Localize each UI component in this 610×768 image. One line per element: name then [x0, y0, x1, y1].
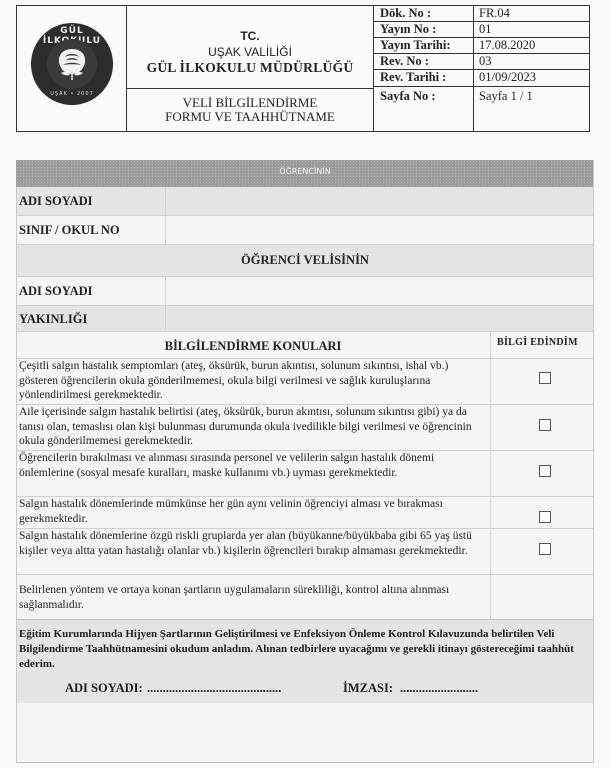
info-value: Sayfa 1 / 1 — [479, 89, 533, 104]
check-column-divider — [490, 332, 491, 619]
info-row-revision-no: Rev. No : 03 — [374, 54, 589, 70]
info-label: Rev. No : — [380, 54, 429, 69]
document-info-table: Dök. No : FR.04 Yayın No : 01 Yayın Tari… — [374, 6, 589, 131]
info-row-doc-no: Dök. No : FR.04 — [374, 6, 589, 22]
info-row-page-no: Sayfa No : Sayfa 1 / 1 — [374, 87, 589, 131]
topic-checkbox[interactable] — [539, 465, 551, 477]
school-logo: GÜL İLKOKULU UŞAK • 2007 — [31, 23, 113, 105]
student-section-header: ÖĞRENCİNİN — [16, 160, 594, 187]
rose-emblem-icon — [53, 45, 91, 81]
topic-row: Çeşitli salgın hastalık semptomları (ate… — [16, 359, 594, 404]
signature-name-blank[interactable]: ........................................… — [147, 681, 281, 696]
info-value: 01 — [479, 22, 492, 37]
signature-sign-blank[interactable]: ......................... — [400, 681, 478, 696]
parent-section-header: ÖĞRENCİ VELİSİNİN — [16, 245, 594, 276]
info-value: 01/09/2023 — [479, 70, 536, 85]
parent-section-title: ÖĞRENCİ VELİSİNİN — [16, 253, 594, 268]
title-line-tc: TC. — [127, 29, 373, 43]
topic-text: Öğrencilerin bırakılması ve alınması sır… — [19, 451, 484, 480]
student-section-title: ÖĞRENCİNİN — [16, 167, 594, 176]
topic-checkbox[interactable] — [539, 543, 551, 555]
info-value: FR.04 — [479, 6, 510, 21]
topic-checkbox[interactable] — [539, 419, 551, 431]
topic-text: Belirlenen yöntem ve ortaya konan şartla… — [19, 583, 484, 612]
topic-row: Öğrencilerin bırakılması ve alınması sır… — [16, 451, 594, 496]
footer-blank-area — [16, 703, 594, 763]
document-header: GÜL İLKOKULU UŞAK • 2007 TC. UŞAK VALİLİ… — [16, 5, 590, 132]
info-value: 17.08.2020 — [479, 38, 535, 53]
form-title-cell: VELİ BİLGİLENDİRME FORMU VE TAAHHÜTNAME — [127, 89, 374, 131]
declaration-section: Eğitim Kurumlarında Hijyen Şartlarının G… — [16, 620, 594, 703]
topic-row: Salgın hastalık dönemlerinde mümkünse he… — [16, 497, 594, 528]
topic-checkbox[interactable] — [539, 511, 551, 523]
logo-cell: GÜL İLKOKULU UŞAK • 2007 — [17, 6, 127, 131]
logo-ring-bottom-text: UŞAK • 2007 — [31, 91, 113, 97]
table-left-border — [16, 187, 17, 763]
info-row-revision-date: Rev. Tarihi : 01/09/2023 — [374, 70, 589, 87]
topic-text: Salgın hastalık dönemlerine özgü riskli … — [19, 529, 484, 558]
info-row-publication-no: Yayın No : 01 — [374, 22, 589, 38]
student-class-row: SINIF / OKUL NO — [16, 216, 594, 244]
topic-row: Belirlenen yöntem ve ortaya konan şartla… — [16, 575, 594, 619]
student-name-field[interactable] — [166, 187, 594, 215]
topic-checkbox[interactable] — [539, 372, 551, 384]
form-title-line1: VELİ BİLGİLENDİRME — [127, 96, 373, 110]
signature-name-label: ADI SOYADI: — [65, 681, 143, 696]
info-label: Sayfa No : — [380, 89, 436, 104]
title-line-governorship: UŞAK VALİLİĞİ — [127, 45, 373, 59]
check-column-header: BİLGİ EDİNDİM — [497, 337, 578, 348]
document-page: GÜL İLKOKULU UŞAK • 2007 TC. UŞAK VALİLİ… — [0, 0, 610, 768]
table-right-border — [593, 160, 594, 763]
info-label: Yayın Tarihi: — [380, 38, 451, 53]
parent-name-label: ADI SOYADI — [19, 284, 93, 299]
topic-text: Aile içerisinde salgın hastalık belirtis… — [19, 405, 484, 449]
info-label: Rev. Tarihi : — [380, 70, 446, 85]
declaration-text: Eğitim Kurumlarında Hijyen Şartlarının G… — [19, 627, 589, 672]
parent-relation-field[interactable] — [166, 306, 594, 331]
institution-title-cell: TC. UŞAK VALİLİĞİ GÜL İLKOKULU MÜDÜRLÜĞÜ — [127, 6, 374, 89]
topic-row: Aile içerisinde salgın hastalık belirtis… — [16, 405, 594, 450]
signature-sign-label: İMZASI: — [343, 681, 393, 696]
label-column-divider — [165, 277, 166, 331]
parent-name-field[interactable] — [166, 277, 594, 305]
student-name-row: ADI SOYADI — [16, 187, 594, 215]
topics-header-row: BİLGİLENDİRME KONULARI BİLGİ EDİNDİM — [16, 332, 594, 358]
info-label: Yayın No : — [380, 22, 436, 37]
topic-row: Salgın hastalık dönemlerine özgü riskli … — [16, 529, 594, 574]
info-label: Dök. No : — [380, 6, 431, 21]
topics-section-title: BİLGİLENDİRME KONULARI — [16, 339, 490, 354]
label-column-divider — [165, 187, 166, 245]
parent-relation-label: YAKINLIĞI — [19, 312, 87, 327]
topic-text: Çeşitli salgın hastalık semptomları (ate… — [19, 359, 484, 403]
title-line-school: GÜL İLKOKULU MÜDÜRLÜĞÜ — [127, 60, 373, 76]
student-class-field[interactable] — [166, 216, 594, 244]
parent-relation-row: YAKINLIĞI — [16, 306, 594, 331]
info-value: 03 — [479, 54, 492, 69]
student-class-label: SINIF / OKUL NO — [19, 223, 120, 238]
parent-name-row: ADI SOYADI — [16, 277, 594, 305]
form-title-line2: FORMU VE TAAHHÜTNAME — [127, 110, 373, 124]
topic-text: Salgın hastalık dönemlerinde mümkünse he… — [19, 497, 484, 526]
student-name-label: ADI SOYADI — [19, 194, 93, 209]
info-row-publication-date: Yayın Tarihi: 17.08.2020 — [374, 38, 589, 54]
